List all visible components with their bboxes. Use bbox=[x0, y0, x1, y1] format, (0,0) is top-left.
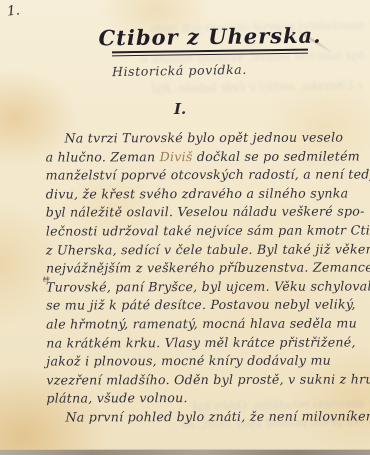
bleedthrough-text: z Uherska, sedící v čele tabule. Byl tak… bbox=[152, 78, 364, 96]
text-segment: Turovské, paní Bryšce, byl ujcem. Věku s… bbox=[46, 278, 370, 294]
text-line: jakož i plnovous, mocné kníry dodávaly m… bbox=[46, 352, 366, 372]
correction-mark: tt bbox=[43, 270, 50, 289]
text-line: divu, že křest svého zdravého a silného … bbox=[46, 184, 366, 204]
text-line: Na první pohled bylo znáti, že není milo… bbox=[46, 407, 366, 427]
text-line: nejvážnějším z veškerého příbuzenstva. Z… bbox=[46, 259, 366, 279]
scan-edge-shadow bbox=[0, 449, 370, 455]
page-number: 1. bbox=[6, 2, 20, 19]
manuscript-page: manželství poprvé otcovských radostí, a … bbox=[0, 0, 370, 455]
title-block: Ctibor z Uherska. bbox=[60, 24, 360, 55]
text-line: manželství poprvé otcovských radostí, a … bbox=[46, 166, 366, 186]
text-segment: dočkal se po sedmiletém bbox=[193, 148, 360, 164]
text-line: Na tvrzi Turovské bylo opět jednou vesel… bbox=[45, 128, 365, 148]
text-line: ttTurovské, paní Bryšce, byl ujcem. Věku… bbox=[46, 277, 366, 297]
text-line: a hlučno. Zeman Diviš dočkal se po sedmi… bbox=[46, 147, 366, 167]
text-line: ale hřmotný, ramenatý, mocná hlava seděl… bbox=[46, 314, 366, 334]
text-line: vzezření mladšího. Oděn byl prostě, v su… bbox=[46, 370, 366, 390]
text-line: lečnosti udržoval také nejvíce sám pan k… bbox=[46, 221, 366, 241]
text-line: na krátkém krku. Vlasy měl krátce přistř… bbox=[46, 333, 366, 353]
text-line: z Uherska, sedící v čele tabule. Byl tak… bbox=[46, 240, 366, 260]
section-number: I. bbox=[174, 100, 186, 118]
text-line: plátna, všude volnou. bbox=[46, 389, 366, 409]
text-line: se mu již k páté desítce. Postavou nebyl… bbox=[46, 296, 366, 316]
manuscript-body: Na tvrzi Turovské bylo opět jednou vesel… bbox=[45, 128, 366, 427]
text-line: byl náležitě oslavil. Veselou náladu veš… bbox=[46, 203, 366, 223]
text-segment: a hlučno. Zeman bbox=[46, 149, 160, 164]
subtitle: Historická povídka. bbox=[112, 62, 247, 79]
page-title: Ctibor z Uherska. bbox=[60, 22, 360, 51]
inserted-name: Diviš bbox=[160, 149, 193, 164]
